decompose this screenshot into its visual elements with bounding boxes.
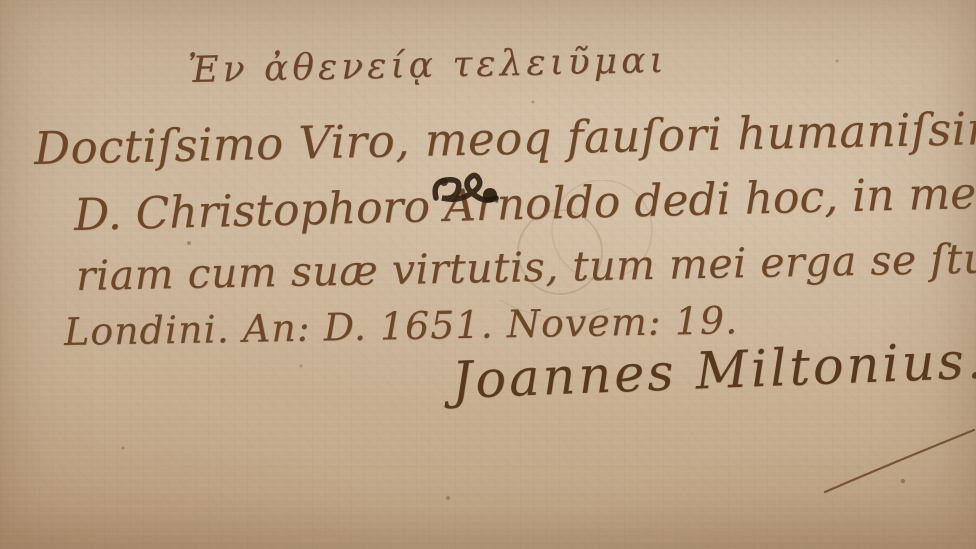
dedication-line-1: Doctiſsimo Viro, meoq fauſori humaniſsim… [33,101,976,175]
greek-motto: Ἐν ἀθενείᾳ τελειῦμαι [188,40,668,91]
manuscript-photo: Ἐν ἀθενείᾳ τελειῦμαι Doctiſsimo Viro, me… [0,0,976,549]
paper-specks [0,0,2,2]
dedication-line-2: D. Christophoro Arnoldo dedi hoc, in mem… [73,165,976,241]
dedication-line-3: riam cum suæ virtutis, tum mei erga se ſ… [76,233,976,300]
pen-flourish-icon [810,420,976,504]
page: { "colors": { "paper": "#c9b297", "paper… [0,0,976,549]
